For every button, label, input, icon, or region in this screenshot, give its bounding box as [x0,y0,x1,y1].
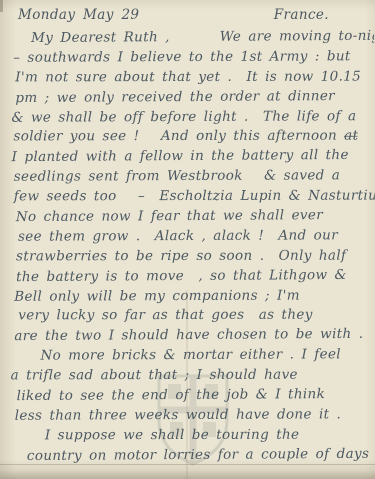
letter-header: Monday May 29 France. [0,0,375,28]
letter-line: I planted with a fellow in the battery a… [0,146,375,168]
letter-line: No chance now I fear that we shall ever [0,206,375,228]
letter-page: Monday May 29 France. My Dearest Ruth , … [0,0,375,479]
letter-line: country on motor lorries for a couple of… [1,444,375,466]
letter-line: No more bricks & mortar either . I feel [0,345,375,367]
letter-line: I'm not sure about that yet . It is now … [0,67,374,88]
letter-line: pm ; we only received the order at dinne… [0,86,374,108]
letter-line: seedlings sent from Westbrook & saved a [0,166,375,188]
letter-line: liked to see the end of the job & I thin… [1,385,375,407]
letter-line: see them grow . Alack , alack ! And our [0,226,375,248]
letter-line: the battery is to move , so that Lithgow… [0,265,375,287]
letter-line: & we shall be off before light . The lif… [0,107,374,129]
letter-body: My Dearest Ruth , We are moving to-night… [0,27,375,466]
letter-line: – southwards I believe to the 1st Army :… [0,47,374,69]
letter-line: Bell only will be my companions ; I'm [0,286,375,308]
letter-line: a trifle sad about that ; I should have [1,366,375,387]
letter-line: less than three weeks would have done it… [1,405,375,427]
letter-line: very lucky so far as that goes as they [0,306,375,327]
letter-line: My Dearest Ruth , We are moving to-night [0,27,374,49]
letter-line: are the two I should have chosen to be w… [0,325,375,347]
letter-date: Monday May 29 [18,7,139,28]
letter-location: France. [274,7,329,28]
letter-line: strawberries to be ripe so soon . Only h… [0,246,375,267]
letter-line: soldier you see ! And only this afternoo… [0,127,375,148]
letter-line: few seeds too – Escholtzia Lupin & Nastu… [0,187,375,208]
letter-line: I suppose we shall be touring the [1,425,375,446]
